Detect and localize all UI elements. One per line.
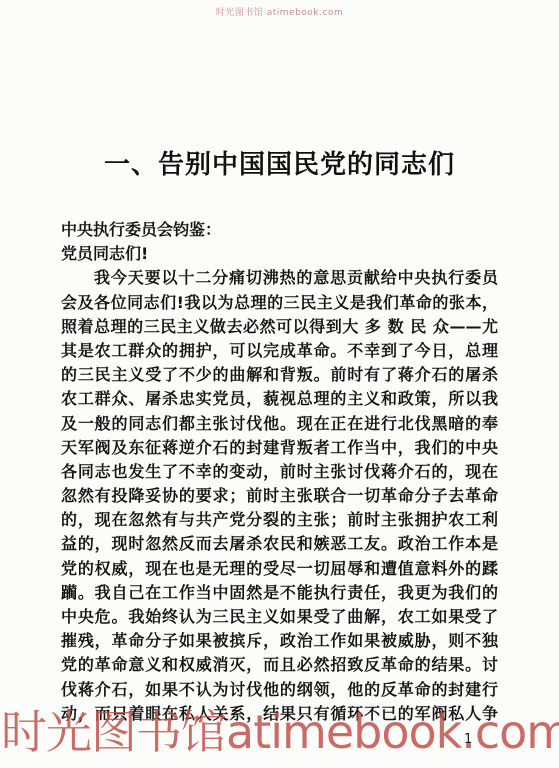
- body-line: 益的，现时忽然反而去屠杀农民和嫉恶工友。政治工作本是: [61, 532, 498, 556]
- body-line: 各同志也发生了不幸的变动，前时主张讨伐蒋介石的，现在: [61, 460, 498, 484]
- body-line: 及一般的同志们都主张讨伐他。现在正在进行北伐黑暗的奉: [61, 412, 498, 436]
- body-line: 会及各位同志们!我以为总理的三民主义是我们革命的张本，: [61, 291, 498, 315]
- body-line: 伐蒋介石，如果不认为讨伐他的纲领，他的反革命的封建行: [61, 678, 498, 702]
- body-line: 躏。我自己在工作当中固然是不能执行责任，我更为我们的: [61, 581, 498, 605]
- body-line: 的，现在忽然有与共产党分裂的主张；前时主张拥护农工利: [61, 508, 498, 532]
- body-line: 忽然有投降妥协的要求；前时主张联合一切革命分子去革命: [61, 484, 498, 508]
- body-line: 党的革命意义和权威消灭，而且必然招致反革命的结果。讨: [61, 653, 498, 677]
- body-line: 农工群众、屠杀忠实党员，藐视总理的主义和政策，所以我: [61, 387, 498, 411]
- body-line: 中央危。我始终认为三民主义如果受了曲解，农工如果受了: [61, 605, 498, 629]
- body-line: 天军阀及东征蒋逆介石的封建背叛者工作当中，我们的中央: [61, 436, 498, 460]
- greeting-line: 党员同志们!: [61, 242, 498, 266]
- body-line: 我今天要以十二分痛切沸热的意思贡献给中央执行委员: [61, 266, 498, 290]
- body-line: 的三民主义受了不少的曲解和背叛。前时有了蒋介石的屠杀: [61, 363, 498, 387]
- watermark-bottom: 时光图书馆atimebook.com: [1, 701, 559, 763]
- salutation-line: 中央执行委员会钧鉴：: [61, 218, 498, 242]
- document-body: 中央执行委员会钧鉴： 党员同志们! 我今天要以十二分痛切沸热的意思贡献给中央执行…: [61, 218, 498, 726]
- body-line: 党的权威，现在也是无理的受尽一切屈辱和遭值意料外的蹂: [61, 557, 498, 581]
- chapter-title: 一、告别中国国民党的同志们: [0, 144, 559, 181]
- body-line: 照着总理的三民主义做去必然可以得到大 多 数 民 众——尤: [61, 315, 498, 339]
- body-line: 其是农工群众的拥护，可以完成革命。不幸到了今日，总理: [61, 339, 498, 363]
- body-line: 摧残，革命分子如果被摈斥，政治工作如果被威胁，则不独: [61, 629, 498, 653]
- scanned-book-page: 时光图书馆 atimebook.com 一、告别中国国民党的同志们 中央执行委员…: [0, 0, 559, 768]
- watermark-top: 时光图书馆 atimebook.com: [0, 5, 559, 18]
- page-number: 1: [464, 732, 472, 747]
